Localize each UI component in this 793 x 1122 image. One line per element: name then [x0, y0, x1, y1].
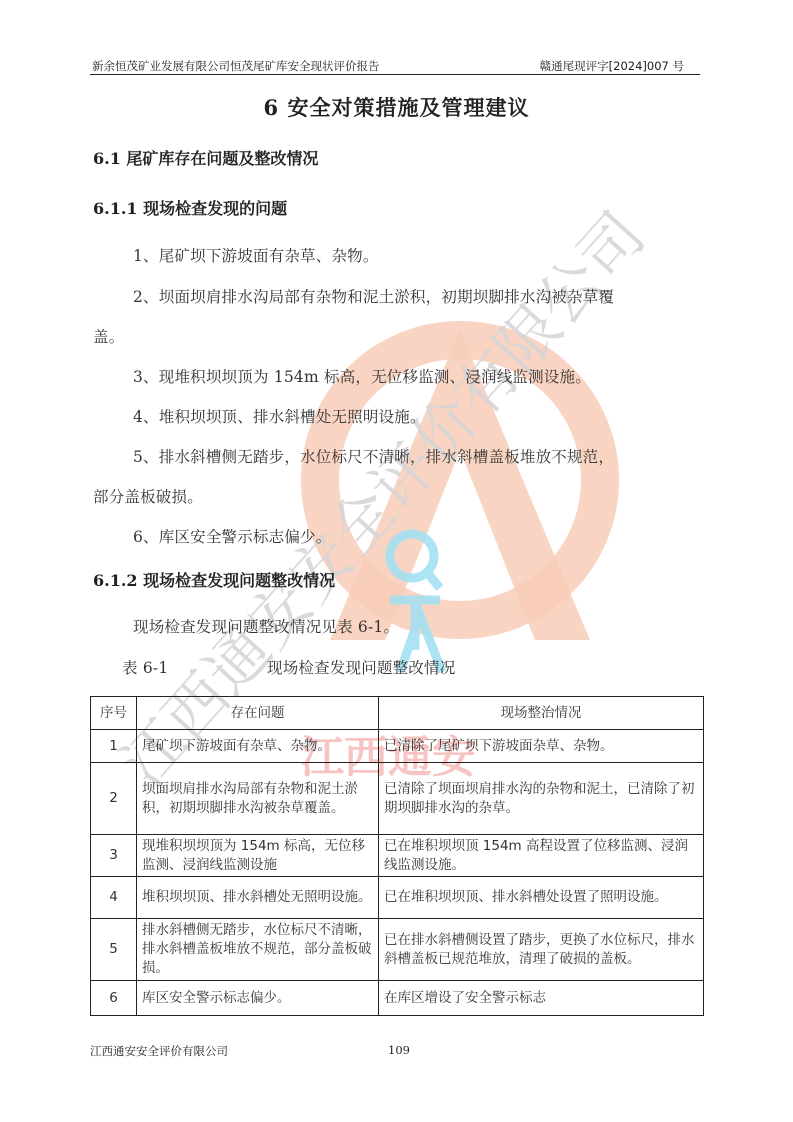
column-header-fix: 现场整治情况: [379, 697, 704, 730]
table-caption: 现场检查发现问题整改情况: [267, 656, 455, 678]
page-header: 新余恒茂矿业发展有限公司恒茂尾矿库安全现状评价报告 赣通尾现评字[2024]00…: [90, 58, 700, 75]
column-header-number: 序号: [91, 697, 137, 730]
table-row: 3 现堆积坝坝顶为 154m 标高，无位移监测、浸润线监测设施 已在堆积坝坝顶 …: [91, 835, 704, 877]
footer-company: 江西通安安全评价有限公司: [90, 1043, 228, 1059]
table-intro-text: 现场检查发现问题整改情况见表 6-1。: [133, 615, 399, 637]
issue-item-5-cont: 部分盖板破损。: [93, 485, 203, 507]
row-problem: 尾矿坝下游坡面有杂草、杂物。: [137, 730, 379, 763]
row-fix: 已在堆积坝坝顶 154m 高程设置了位移监测、浸润线监测设施。: [379, 835, 704, 877]
row-fix: 已在排水斜槽侧设置了踏步，更换了水位标尺，排水斜槽盖板已规范堆放，清理了破损的盖…: [379, 919, 704, 981]
issue-item-6: 6、库区安全警示标志偏少。: [133, 525, 331, 547]
row-problem: 现堆积坝坝顶为 154m 标高，无位移监测、浸润线监测设施: [137, 835, 379, 877]
document-page: 新余恒茂矿业发展有限公司恒茂尾矿库安全现状评价报告 赣通尾现评字[2024]00…: [0, 0, 793, 1122]
issue-item-5: 5、排水斜槽侧无踏步，水位标尺不清晰，排水斜槽盖板堆放不规范，: [133, 445, 614, 467]
row-fix: 已清除了尾矿坝下游坡面杂草、杂物。: [379, 730, 704, 763]
issue-item-2: 2、坝面坝肩排水沟局部有杂物和泥土淤积，初期坝脚排水沟被杂草覆: [133, 285, 614, 307]
row-problem: 排水斜槽侧无踏步，水位标尺不清晰，排水斜槽盖板堆放不规范，部分盖板破损。: [137, 919, 379, 981]
table-number: 表 6-1: [122, 656, 168, 678]
rectification-table: 序号 存在问题 现场整治情况 1 尾矿坝下游坡面有杂草、杂物。 已清除了尾矿坝下…: [90, 696, 704, 1016]
table-row: 2 坝面坝肩排水沟局部有杂物和泥土淤积，初期坝脚排水沟被杂草覆盖。 已清除了坝面…: [91, 763, 704, 835]
page-number: 109: [388, 1043, 410, 1057]
issue-item-4: 4、堆积坝坝顶、排水斜槽处无照明设施。: [133, 405, 426, 427]
header-report-title: 新余恒茂矿业发展有限公司恒茂尾矿库安全现状评价报告: [92, 58, 380, 74]
row-number: 3: [91, 835, 137, 877]
table-row: 1 尾矿坝下游坡面有杂草、杂物。 已清除了尾矿坝下游坡面杂草、杂物。: [91, 730, 704, 763]
row-number: 5: [91, 919, 137, 981]
issue-item-3: 3、现堆积坝坝顶为 154m 标高，无位移监测、浸润线监测设施。: [133, 365, 591, 387]
section-heading-6-1: 6.1 尾矿库存在问题及整改情况: [93, 146, 318, 169]
row-number: 1: [91, 730, 137, 763]
row-number: 4: [91, 877, 137, 919]
section-heading-6-1-1: 6.1.1 现场检查发现的问题: [93, 196, 287, 219]
row-problem: 堆积坝坝顶、排水斜槽处无照明设施。: [137, 877, 379, 919]
row-problem: 坝面坝肩排水沟局部有杂物和泥土淤积，初期坝脚排水沟被杂草覆盖。: [137, 763, 379, 835]
row-fix: 已清除了坝面坝肩排水沟的杂物和泥土，已清除了初期坝脚排水沟的杂草。: [379, 763, 704, 835]
issue-item-1: 1、尾矿坝下游坡面有杂草、杂物。: [133, 244, 379, 266]
chapter-title: 6 安全对策措施及管理建议: [0, 92, 793, 122]
row-fix: 已在堆积坝坝顶、排水斜槽处设置了照明设施。: [379, 877, 704, 919]
column-header-problem: 存在问题: [137, 697, 379, 730]
row-number: 2: [91, 763, 137, 835]
table-row: 4 堆积坝坝顶、排水斜槽处无照明设施。 已在堆积坝坝顶、排水斜槽处设置了照明设施…: [91, 877, 704, 919]
section-heading-6-1-2: 6.1.2 现场检查发现问题整改情况: [93, 568, 335, 591]
header-report-number: 赣通尾现评字[2024]007 号: [540, 58, 684, 74]
row-fix: 在库区增设了安全警示标志: [379, 981, 704, 1016]
table-row: 5 排水斜槽侧无踏步，水位标尺不清晰，排水斜槽盖板堆放不规范，部分盖板破损。 已…: [91, 919, 704, 981]
table-row: 6 库区安全警示标志偏少。 在库区增设了安全警示标志: [91, 981, 704, 1016]
table-header-row: 序号 存在问题 现场整治情况: [91, 697, 704, 730]
issue-item-2-cont: 盖。: [93, 325, 124, 347]
row-number: 6: [91, 981, 137, 1016]
row-problem: 库区安全警示标志偏少。: [137, 981, 379, 1016]
